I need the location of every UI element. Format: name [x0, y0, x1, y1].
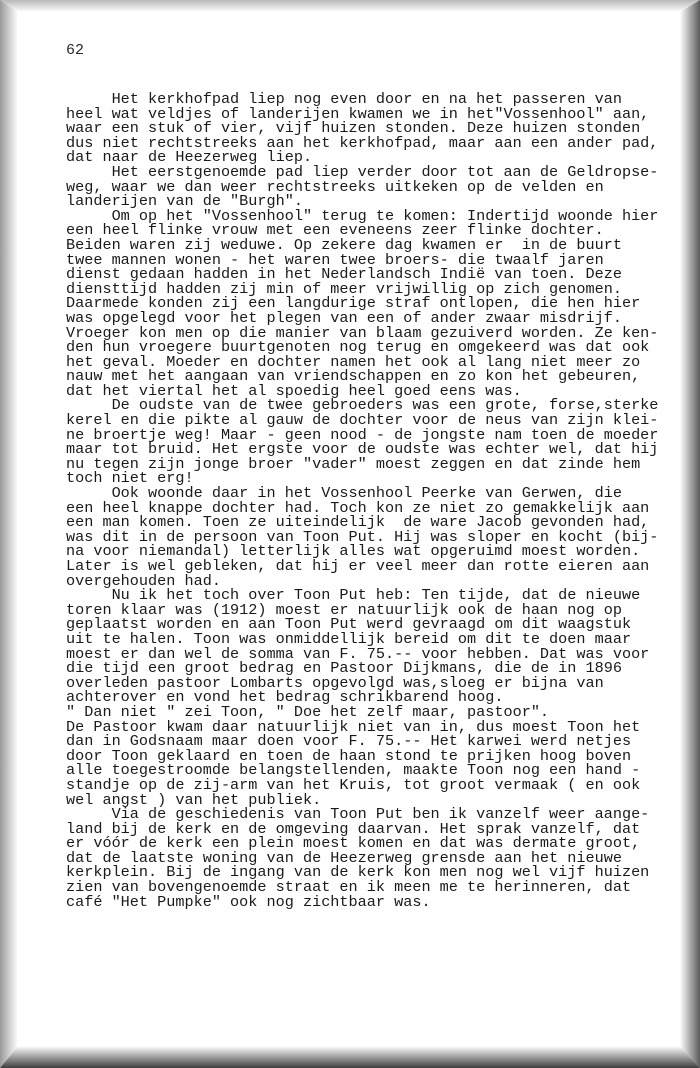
page-number: 62 — [66, 42, 84, 59]
frame-bevel-left — [0, 0, 18, 1068]
frame-bevel-top — [0, 0, 700, 12]
typed-text-body: Het kerkhofpad liep nog even door en na … — [66, 92, 686, 909]
text-line: café "Het Pumpke" ook nog zichtbaar was. — [66, 895, 686, 910]
page-frame: 62 Het kerkhofpad liep nog even door en … — [0, 0, 700, 1068]
frame-bevel-bottom — [0, 1046, 700, 1068]
